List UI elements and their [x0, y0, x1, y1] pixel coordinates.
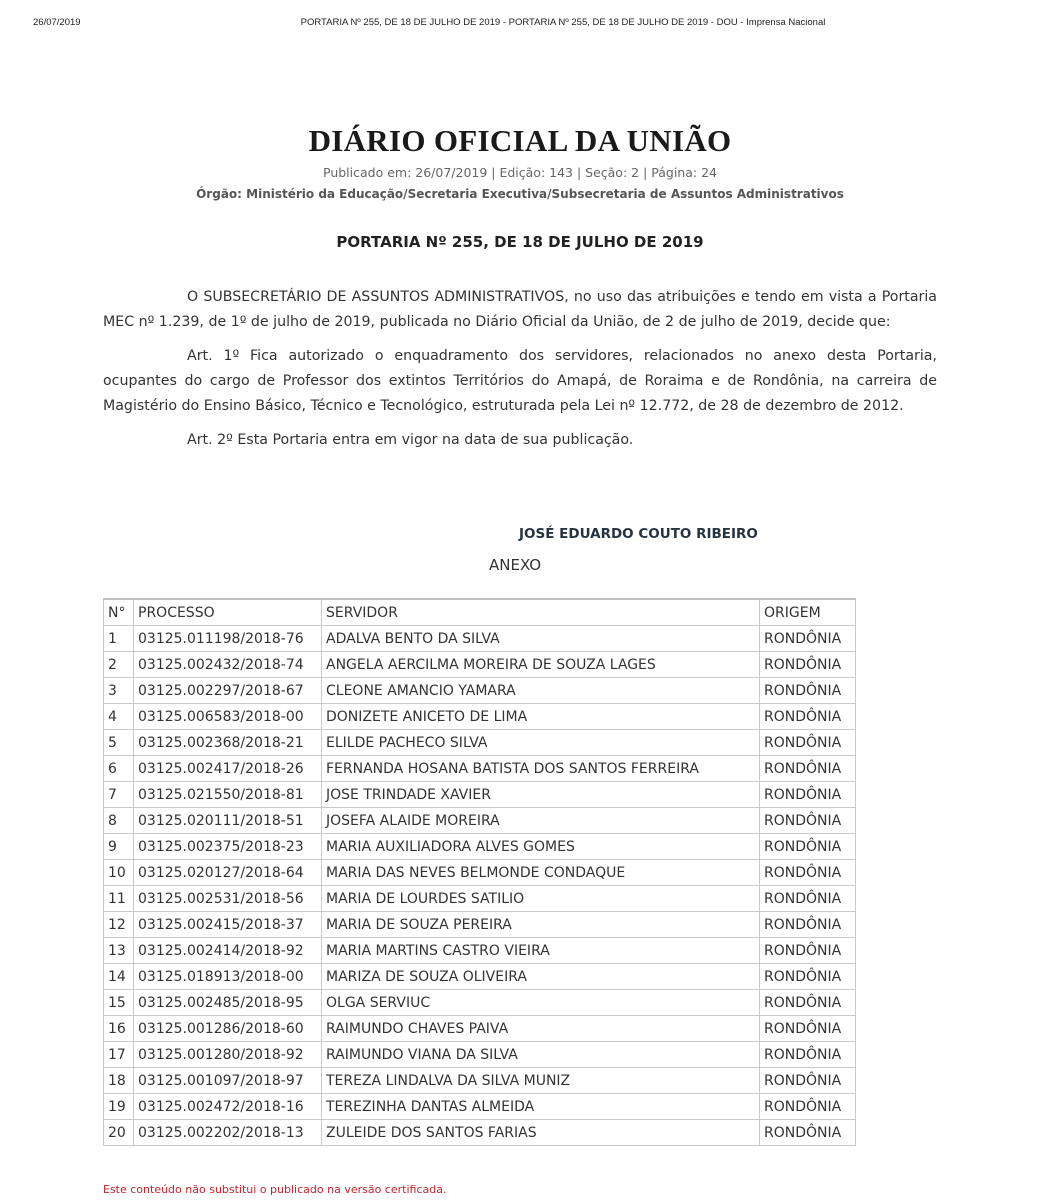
process-number: 03125.021550/2018-81	[134, 782, 322, 808]
origin: RONDÔNIA	[760, 1068, 856, 1094]
servant-name: MARIA MARTINS CASTRO VIEIRA	[322, 938, 760, 964]
process-number: 03125.002202/2018-13	[134, 1120, 322, 1146]
header-origin: ORIGEM	[760, 599, 856, 626]
header-number: N°	[104, 599, 134, 626]
print-header: 26/07/2019 PORTARIA Nº 255, DE 18 DE JUL…	[0, 17, 1040, 31]
origin: RONDÔNIA	[760, 834, 856, 860]
process-number: 03125.001286/2018-60	[134, 1016, 322, 1042]
table-row: 703125.021550/2018-81JOSE TRINDADE XAVIE…	[104, 782, 856, 808]
process-number: 03125.006583/2018-00	[134, 704, 322, 730]
row-number: 2	[104, 652, 134, 678]
row-number: 7	[104, 782, 134, 808]
servant-name: RAIMUNDO VIANA DA SILVA	[322, 1042, 760, 1068]
annex-table: N° PROCESSO SERVIDOR ORIGEM 103125.01119…	[103, 598, 856, 1146]
table-row: 2003125.002202/2018-13ZULEIDE DOS SANTOS…	[104, 1120, 856, 1146]
signatory-name: JOSÉ EDUARDO COUTO RIBEIRO	[519, 526, 758, 542]
row-number: 9	[104, 834, 134, 860]
origin: RONDÔNIA	[760, 1016, 856, 1042]
origin: RONDÔNIA	[760, 756, 856, 782]
origin: RONDÔNIA	[760, 808, 856, 834]
process-number: 03125.020127/2018-64	[134, 860, 322, 886]
process-number: 03125.002432/2018-74	[134, 652, 322, 678]
row-number: 18	[104, 1068, 134, 1094]
masthead: DIÁRIO OFICIAL DA UNIÃO Publicado em: 26…	[0, 122, 1040, 205]
servant-name: MARIA DAS NEVES BELMONDE CONDAQUE	[322, 860, 760, 886]
table-row: 603125.002417/2018-26FERNANDA HOSANA BAT…	[104, 756, 856, 782]
process-number: 03125.001280/2018-92	[134, 1042, 322, 1068]
origin: RONDÔNIA	[760, 990, 856, 1016]
servant-name: MARIA DE LOURDES SATILIO	[322, 886, 760, 912]
document-body: O SUBSECRETÁRIO DE ASSUNTOS ADMINISTRATI…	[103, 285, 937, 462]
row-number: 20	[104, 1120, 134, 1146]
process-number: 03125.002375/2018-23	[134, 834, 322, 860]
process-number: 03125.002531/2018-56	[134, 886, 322, 912]
servant-name: OLGA SERVIUC	[322, 990, 760, 1016]
row-number: 4	[104, 704, 134, 730]
origin: RONDÔNIA	[760, 860, 856, 886]
row-number: 13	[104, 938, 134, 964]
row-number: 17	[104, 1042, 134, 1068]
servant-name: ADALVA BENTO DA SILVA	[322, 626, 760, 652]
row-number: 15	[104, 990, 134, 1016]
origin: RONDÔNIA	[760, 782, 856, 808]
row-number: 12	[104, 912, 134, 938]
origin: RONDÔNIA	[760, 678, 856, 704]
process-number: 03125.002415/2018-37	[134, 912, 322, 938]
table-row: 203125.002432/2018-74ANGELA AERCILMA MOR…	[104, 652, 856, 678]
servant-name: ANGELA AERCILMA MOREIRA DE SOUZA LAGES	[322, 652, 760, 678]
servant-name: FERNANDA HOSANA BATISTA DOS SANTOS FERRE…	[322, 756, 760, 782]
servant-name: CLEONE AMANCIO YAMARA	[322, 678, 760, 704]
servant-name: RAIMUNDO CHAVES PAIVA	[322, 1016, 760, 1042]
servant-name: ZULEIDE DOS SANTOS FARIAS	[322, 1120, 760, 1146]
publication-title: DIÁRIO OFICIAL DA UNIÃO	[0, 122, 1040, 160]
table-row: 403125.006583/2018-00DONIZETE ANICETO DE…	[104, 704, 856, 730]
row-number: 16	[104, 1016, 134, 1042]
table-row: 503125.002368/2018-21ELILDE PACHECO SILV…	[104, 730, 856, 756]
process-number: 03125.002414/2018-92	[134, 938, 322, 964]
table-row: 1203125.002415/2018-37MARIA DE SOUZA PER…	[104, 912, 856, 938]
process-number: 03125.002368/2018-21	[134, 730, 322, 756]
table-row: 903125.002375/2018-23MARIA AUXILIADORA A…	[104, 834, 856, 860]
print-page-title: PORTARIA Nº 255, DE 18 DE JULHO DE 2019 …	[0, 17, 1040, 28]
servant-name: ELILDE PACHECO SILVA	[322, 730, 760, 756]
table-header-row: N° PROCESSO SERVIDOR ORIGEM	[104, 599, 856, 626]
header-servant: SERVIDOR	[322, 599, 760, 626]
process-number: 03125.002472/2018-16	[134, 1094, 322, 1120]
table-row: 1903125.002472/2018-16TEREZINHA DANTAS A…	[104, 1094, 856, 1120]
annex-table-body: 103125.011198/2018-76ADALVA BENTO DA SIL…	[104, 626, 856, 1146]
preamble-paragraph: O SUBSECRETÁRIO DE ASSUNTOS ADMINISTRATI…	[103, 285, 937, 335]
process-number: 03125.002485/2018-95	[134, 990, 322, 1016]
issuing-organ: Órgão: Ministério da Educação/Secretaria…	[0, 183, 1040, 205]
origin: RONDÔNIA	[760, 652, 856, 678]
servant-name: JOSEFA ALAIDE MOREIRA	[322, 808, 760, 834]
certification-disclaimer: Este conteúdo não substitui o publicado …	[103, 1183, 446, 1196]
header-process: PROCESSO	[134, 599, 322, 626]
origin: RONDÔNIA	[760, 730, 856, 756]
origin: RONDÔNIA	[760, 912, 856, 938]
servant-name: MARIA AUXILIADORA ALVES GOMES	[322, 834, 760, 860]
row-number: 19	[104, 1094, 134, 1120]
row-number: 14	[104, 964, 134, 990]
table-row: 1003125.020127/2018-64MARIA DAS NEVES BE…	[104, 860, 856, 886]
process-number: 03125.020111/2018-51	[134, 808, 322, 834]
table-row: 1803125.001097/2018-97TEREZA LINDALVA DA…	[104, 1068, 856, 1094]
servant-name: TEREZINHA DANTAS ALMEIDA	[322, 1094, 760, 1120]
table-row: 1403125.018913/2018-00MARIZA DE SOUZA OL…	[104, 964, 856, 990]
table-row: 1503125.002485/2018-95OLGA SERVIUCRONDÔN…	[104, 990, 856, 1016]
servant-name: JOSE TRINDADE XAVIER	[322, 782, 760, 808]
article-1-paragraph: Art. 1º Fica autorizado o enquadramento …	[103, 344, 937, 419]
origin: RONDÔNIA	[760, 1094, 856, 1120]
row-number: 11	[104, 886, 134, 912]
origin: RONDÔNIA	[760, 1042, 856, 1068]
document-title: PORTARIA Nº 255, DE 18 DE JULHO DE 2019	[0, 233, 1040, 251]
table-row: 1703125.001280/2018-92RAIMUNDO VIANA DA …	[104, 1042, 856, 1068]
table-row: 1303125.002414/2018-92MARIA MARTINS CAST…	[104, 938, 856, 964]
row-number: 5	[104, 730, 134, 756]
process-number: 03125.002297/2018-67	[134, 678, 322, 704]
row-number: 6	[104, 756, 134, 782]
table-row: 803125.020111/2018-51JOSEFA ALAIDE MOREI…	[104, 808, 856, 834]
table-row: 303125.002297/2018-67CLEONE AMANCIO YAMA…	[104, 678, 856, 704]
row-number: 10	[104, 860, 134, 886]
article-2-paragraph: Art. 2º Esta Portaria entra em vigor na …	[103, 428, 937, 453]
servant-name: MARIZA DE SOUZA OLIVEIRA	[322, 964, 760, 990]
publication-info: Publicado em: 26/07/2019 | Edição: 143 |…	[0, 163, 1040, 183]
annex-label: ANEXO	[489, 556, 541, 574]
process-number: 03125.002417/2018-26	[134, 756, 322, 782]
origin: RONDÔNIA	[760, 626, 856, 652]
row-number: 8	[104, 808, 134, 834]
process-number: 03125.001097/2018-97	[134, 1068, 322, 1094]
servant-name: TEREZA LINDALVA DA SILVA MUNIZ	[322, 1068, 760, 1094]
process-number: 03125.011198/2018-76	[134, 626, 322, 652]
table-row: 103125.011198/2018-76ADALVA BENTO DA SIL…	[104, 626, 856, 652]
process-number: 03125.018913/2018-00	[134, 964, 322, 990]
origin: RONDÔNIA	[760, 704, 856, 730]
table-row: 1603125.001286/2018-60RAIMUNDO CHAVES PA…	[104, 1016, 856, 1042]
origin: RONDÔNIA	[760, 886, 856, 912]
row-number: 1	[104, 626, 134, 652]
servant-name: MARIA DE SOUZA PEREIRA	[322, 912, 760, 938]
row-number: 3	[104, 678, 134, 704]
origin: RONDÔNIA	[760, 964, 856, 990]
origin: RONDÔNIA	[760, 1120, 856, 1146]
origin: RONDÔNIA	[760, 938, 856, 964]
table-row: 1103125.002531/2018-56MARIA DE LOURDES S…	[104, 886, 856, 912]
servant-name: DONIZETE ANICETO DE LIMA	[322, 704, 760, 730]
